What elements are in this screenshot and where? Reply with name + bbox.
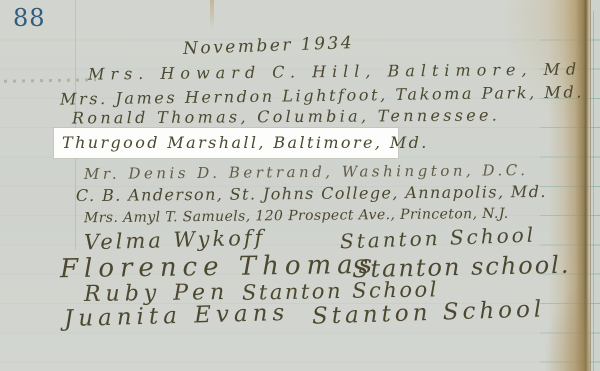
register-entry: Mrs. Amyl T. Samuels, 120 Prospect Ave.,… — [84, 206, 509, 226]
adjacent-page-edge — [590, 0, 600, 371]
ledger-page-scan: 88 November 1934 Mrs. Howard C. Hill, Ba… — [0, 0, 600, 371]
register-entry-affiliation: Stanton School — [340, 223, 537, 254]
adjacent-page-margin-line — [593, 11, 594, 371]
page-stain-top-center — [210, 0, 214, 30]
register-entry-name: Velma Wykoff — [84, 226, 266, 255]
register-entry: Ronald Thomas, Columbia, Tennessee. — [72, 106, 500, 128]
page-number: 88 — [13, 4, 46, 32]
register-entry: C. B. Anderson, St. Johns College, Annap… — [76, 182, 547, 205]
date-heading: November 1934 — [183, 33, 355, 59]
register-entry-highlighted: Thurgood Marshall, Baltimore, Md. — [62, 133, 429, 152]
register-entry: Mr. Denis D. Bertrand, Washington, D.C. — [84, 161, 529, 183]
page-smudge — [4, 78, 96, 83]
register-entry-name: Juanita Evans — [64, 300, 290, 332]
